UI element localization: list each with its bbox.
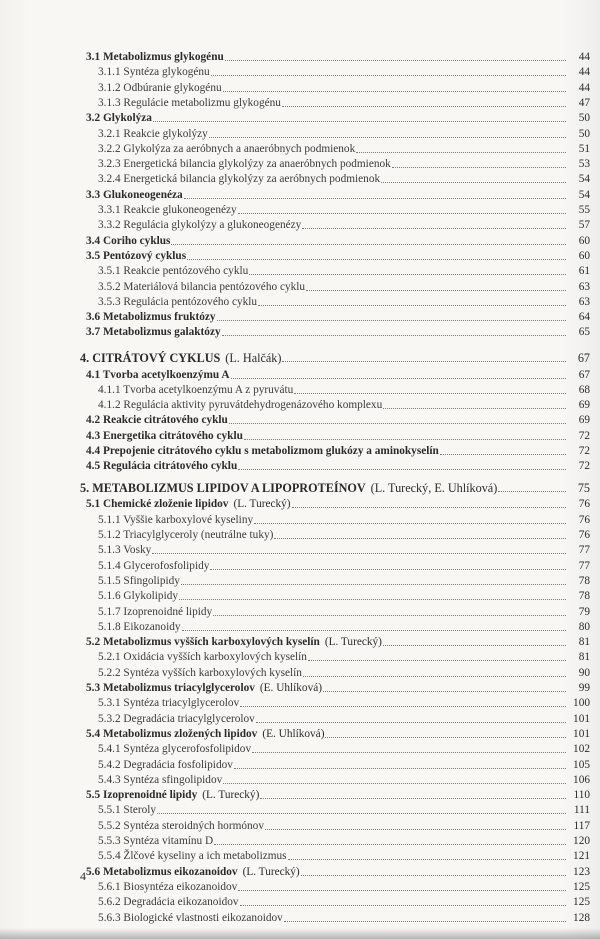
toc-entry-subsection: 3.5.1 Reakcie pentózového cyklu61: [98, 263, 590, 278]
toc-entry-title: 4. CITRÁTOVÝ CYKLUS: [80, 352, 220, 365]
toc-entry-subsection: 5.3.1 Syntéza triacylglycerolov100: [98, 695, 590, 710]
dot-leader: [252, 751, 566, 753]
toc-entry-page: 54: [568, 189, 590, 202]
toc-entry-page: 76: [568, 529, 590, 542]
toc-entry-subsection: 4.1.2 Regulácia aktivity pyruvátdehydrog…: [98, 397, 590, 412]
toc-entry-page: 75: [568, 482, 590, 495]
toc-entry-subsection: 5.2.1 Oxidácia vyšších karboxylových kys…: [98, 649, 590, 664]
toc-entry-title: 3.2.4 Energetická bilancia glykolýzy za …: [98, 173, 380, 186]
toc-entry-title: 3.2.2 Glykolýza za aeróbnych a anaeróbny…: [98, 143, 355, 156]
toc-entry-title: 3.5.1 Reakcie pentózového cyklu: [98, 265, 248, 278]
toc-entry-subsection: 5.1.1 Vyššie karboxylové kyseliny76: [98, 512, 590, 527]
dot-leader: [152, 552, 566, 554]
toc-entry-page: 78: [568, 590, 590, 603]
toc-entry-page: 100: [568, 697, 590, 710]
toc-entry-section: 3.6 Metabolizmus fruktózy64: [86, 309, 590, 324]
toc-entry-title: 5.1.3 Vosky: [98, 544, 151, 557]
toc-entry-page: 63: [568, 281, 590, 294]
toc-entry-title: 5.1.4 Glycerofosfolipidy: [98, 560, 209, 573]
toc-entry-title: 4.3 Energetika citrátového cyklu: [86, 430, 243, 443]
toc-entry-author: (E. Uhlíková): [262, 728, 324, 741]
toc-entry-page: 54: [568, 173, 590, 186]
dot-leader: [282, 360, 566, 362]
toc-entry-chapter: 4. CITRÁTOVÝ CYKLUS(L. Halčák)67: [80, 350, 590, 365]
toc-entry-subsection: 5.3.2 Degradácia triacylglycerolov101: [98, 711, 590, 726]
toc-entry-page: 106: [568, 774, 590, 787]
toc-entry-page: 99: [568, 682, 590, 695]
dot-leader: [229, 422, 566, 424]
page-edge-shadow: [0, 928, 600, 939]
toc-entry-title: 5.6 Metabolizmus eikozanoidov: [86, 866, 238, 879]
toc-entry-title: 5.6.2 Degradácia eikozanoidov: [98, 896, 239, 909]
toc-entry-page: 101: [568, 713, 590, 726]
toc-entry-title: 3.3 Glukoneogenéza: [86, 189, 183, 202]
dot-leader: [238, 212, 566, 214]
toc-entry-page: 53: [568, 158, 590, 171]
toc-entry-title: 3.2.3 Energetická bilancia glykolýzy za …: [98, 158, 391, 171]
toc-entry-subsection: 5.1.7 Izoprenoidné lipidy79: [98, 604, 590, 619]
dot-leader: [265, 828, 566, 830]
toc-entry-subsection: 5.5.1 Steroly111: [98, 802, 590, 817]
toc-entry-author: (E. Uhlíková): [260, 682, 322, 695]
toc-entry-subsection: 3.2.1 Reakcie glykolýzy50: [98, 126, 590, 141]
toc-entry-subsection: 5.2.2 Syntéza vyšších karboxylových kyse…: [98, 665, 590, 680]
toc-entry-page: 55: [568, 204, 590, 217]
dot-leader: [256, 721, 566, 723]
toc-entry-subsection: 3.2.3 Energetická bilancia glykolýzy za …: [98, 156, 590, 171]
toc-entry-page: 80: [568, 621, 590, 634]
toc-entry-subsection: 3.5.2 Materiálová bilancia pentózového c…: [98, 279, 590, 294]
toc-entry-subsection: 3.5.3 Regulácia pentózového cyklu63: [98, 294, 590, 309]
toc-entry-section: 3.3 Glukoneogenéza54: [86, 187, 590, 202]
toc-entry-section: 3.5 Pentózový cyklus60: [86, 248, 590, 263]
toc-entry-title: 5.1.7 Izoprenoidné lipidy: [98, 606, 212, 619]
toc-entry-subsection: 3.1.2 Odbúranie glykogénu44: [98, 80, 590, 95]
dot-leader: [238, 468, 566, 470]
toc-entry-subsection: 3.2.2 Glykolýza za aeróbnych a anaeróbny…: [98, 141, 590, 156]
toc-entry-page: 64: [568, 311, 590, 324]
toc-entry-page: 117: [568, 820, 590, 833]
book-page: 3.1 Metabolizmus glykogénu443.1.1 Syntéz…: [0, 0, 600, 939]
toc-entry-section: 3.7 Metabolizmus galaktózy65: [86, 324, 590, 339]
toc-entry-section: 5.6 Metabolizmus eikozanoidov(L. Turecký…: [86, 864, 590, 879]
toc-entry-title: 5.3.2 Degradácia triacylglycerolov: [98, 713, 255, 726]
toc-entry-title: 4.4 Prepojenie citrátového cyklu s metab…: [86, 445, 439, 458]
toc-entry-title: 5.2 Metabolizmus vyšších karboxylových k…: [86, 636, 320, 649]
dot-leader: [157, 812, 566, 814]
toc-entry-page: 72: [568, 430, 590, 443]
dot-leader: [258, 304, 566, 306]
dot-leader: [209, 136, 566, 138]
toc-entry-subsection: 5.1.4 Glycerofosfolipidy77: [98, 558, 590, 573]
dot-leader: [260, 797, 566, 799]
toc-entry-page: 50: [568, 128, 590, 141]
toc-entry-author: (L. Turecký): [325, 636, 382, 649]
toc-entry-subsection: 5.1.5 Sfingolipidy78: [98, 573, 590, 588]
toc-entry-page: 44: [568, 82, 590, 95]
toc-entry-author: (L. Turecký): [202, 789, 259, 802]
dot-leader: [392, 166, 566, 168]
toc-entry-subsection: 5.1.3 Vosky77: [98, 542, 590, 557]
toc-entry-section: 3.4 Coriho cyklus60: [86, 233, 590, 248]
toc-entry-title: 5.1.2 Triacylglyceroly (neutrálne tuky): [98, 529, 273, 542]
toc-entry-page: 90: [568, 667, 590, 680]
toc-entry-subsection: 5.4.2 Degradácia fosfolipidov105: [98, 757, 590, 772]
toc-entry-page: 77: [568, 560, 590, 573]
toc-entry-page: 105: [568, 759, 590, 772]
toc-entry-title: 5.5.4 Žlčové kyseliny a ich metabolizmus: [98, 850, 287, 863]
toc-entry-subsection: 3.3.1 Reakcie glukoneogenézy55: [98, 202, 590, 217]
toc-entry-title: 3.1.1 Syntéza glykogénu: [98, 66, 210, 79]
toc-entry-section: 3.1 Metabolizmus glykogénu44: [86, 49, 590, 64]
dot-leader: [292, 506, 566, 508]
toc-entry-title: 3.2.1 Reakcie glykolýzy: [98, 128, 208, 141]
toc-entry-subsection: 5.1.8 Eikozanoidy80: [98, 619, 590, 634]
toc-entry-title: 3.5.2 Materiálová bilancia pentózového c…: [98, 281, 305, 294]
toc-entry-section: 3.2 Glykolýza50: [86, 110, 590, 125]
dot-leader: [182, 629, 566, 631]
toc-entry-section: 4.4 Prepojenie citrátového cyklu s metab…: [86, 443, 590, 458]
dot-leader: [383, 407, 566, 409]
toc-entry-subsection: 5.4.1 Syntéza glycerofosfolipidov102: [98, 741, 590, 756]
toc-entry-title: 5.6.3 Biologické vlastnosti eikozanoidov: [98, 912, 283, 925]
dot-leader: [306, 289, 566, 291]
dot-leader: [223, 782, 566, 784]
dot-leader: [234, 767, 566, 769]
toc-entry-title: 5.1.6 Glykolipidy: [98, 590, 178, 603]
toc-entry-title: 3.6 Metabolizmus fruktózy: [86, 311, 216, 324]
dot-leader: [303, 675, 566, 677]
toc-entry-title: 5.6.1 Biosyntéza eikozanoidov: [98, 881, 237, 894]
toc-entry-page: 125: [568, 896, 590, 909]
dot-leader: [217, 319, 566, 321]
dot-leader: [288, 858, 566, 860]
toc-entry-title: 3.1 Metabolizmus glykogénu: [86, 51, 224, 64]
dot-leader: [211, 74, 566, 76]
toc-entry-title: 5.4.1 Syntéza glycerofosfolipidov: [98, 743, 251, 756]
toc-entry-title: 5.5.2 Syntéza steroidných hormónov: [98, 820, 264, 833]
toc-entry-page: 50: [568, 112, 590, 125]
toc-entry-title: 3.3.1 Reakcie glukoneogenézy: [98, 204, 237, 217]
toc-entry-subsection: 5.5.3 Syntéza vitamínu D120: [98, 833, 590, 848]
toc-entry-title: 5.1 Chemické zloženie lipidov: [86, 498, 228, 511]
toc-entry-title: 5.3 Metabolizmus triacylglycerolov: [86, 682, 255, 695]
dot-leader: [213, 614, 566, 616]
dot-leader: [187, 258, 566, 260]
dot-leader: [153, 120, 566, 122]
toc-entry-page: 111: [568, 804, 590, 817]
toc-entry-page: 72: [568, 460, 590, 473]
toc-entry-title: 5.4 Metabolizmus zložených lipidov: [86, 728, 257, 741]
dot-leader: [210, 568, 566, 570]
toc-entry-section: 4.2 Reakcie citrátového cyklu69: [86, 412, 590, 427]
dot-leader: [240, 904, 566, 906]
toc-entry-title: 5.5 Izoprenoidné lipidy: [86, 789, 197, 802]
dot-leader: [238, 889, 566, 891]
toc-entry-page: 78: [568, 575, 590, 588]
toc-entry-page: 60: [568, 250, 590, 263]
dot-leader: [383, 644, 566, 646]
toc-entry-author: (L. Turecký, E. Uhlíková): [371, 482, 498, 495]
toc-entry-section: 4.1 Tvorba acetylkoenzýmu A67: [86, 367, 590, 382]
toc-entry-section: 5.2 Metabolizmus vyšších karboxylových k…: [86, 634, 590, 649]
toc-entry-page: 44: [568, 51, 590, 64]
toc-entry-page: 121: [568, 850, 590, 863]
toc-entry-page: 51: [568, 143, 590, 156]
toc-entry-title: 3.5 Pentózový cyklus: [86, 250, 186, 263]
toc-entry-title: 5.5.3 Syntéza vitamínu D: [98, 835, 213, 848]
dot-leader: [222, 334, 566, 336]
toc-entry-page: 69: [568, 399, 590, 412]
toc-entry-page: 47: [568, 97, 590, 110]
toc-entry-title: 5.1.1 Vyššie karboxylové kyseliny: [98, 514, 253, 527]
toc-entry-title: 3.4 Coriho cyklus: [86, 235, 170, 248]
toc-entry-author: (L. Halčák): [225, 352, 281, 365]
toc-entry-title: 4.1 Tvorba acetylkoenzýmu A: [86, 369, 230, 382]
dot-leader: [171, 243, 566, 245]
toc-entry-title: 5.2.2 Syntéza vyšších karboxylových kyse…: [98, 667, 302, 680]
toc-entry-page: 68: [568, 384, 590, 397]
dot-leader: [231, 377, 566, 379]
toc-entry-page: 61: [568, 265, 590, 278]
toc-entry-page: 76: [568, 498, 590, 511]
toc-entry-page: 44: [568, 66, 590, 79]
toc-entry-page: 110: [568, 789, 590, 802]
toc-entry-subsection: 5.6.2 Degradácia eikozanoidov125: [98, 894, 590, 909]
dot-leader: [184, 197, 566, 199]
toc-entry-page: 67: [568, 369, 590, 382]
dot-leader: [284, 920, 566, 922]
dot-leader: [282, 105, 566, 107]
toc-entry-page: 101: [568, 728, 590, 741]
toc-entry-subsection: 3.1.1 Syntéza glykogénu44: [98, 64, 590, 79]
toc-entry-page: 72: [568, 445, 590, 458]
toc-entry-section: 4.3 Energetika citrátového cyklu72: [86, 428, 590, 443]
toc-entry-title: 5.5.1 Steroly: [98, 804, 156, 817]
toc-entry-subsection: 3.2.4 Energetická bilancia glykolýzy za …: [98, 171, 590, 186]
toc-entry-author: (L. Turecký): [233, 498, 290, 511]
page-number: 4: [80, 869, 86, 884]
toc-entry-page: 67: [568, 352, 590, 365]
dot-leader: [179, 598, 566, 600]
toc-entry-title: 3.5.3 Regulácia pentózového cyklu: [98, 296, 257, 309]
toc-entry-subsection: 4.1.1 Tvorba acetylkoenzýmu A z pyruvátu…: [98, 382, 590, 397]
toc-entry-page: 63: [568, 296, 590, 309]
dot-leader: [302, 227, 566, 229]
dot-leader: [225, 59, 566, 61]
toc-entry-subsection: 5.1.2 Triacylglyceroly (neutrálne tuky)7…: [98, 527, 590, 542]
toc-entry-page: 76: [568, 514, 590, 527]
toc-entry-page: 128: [568, 912, 590, 925]
toc-entry-page: 125: [568, 881, 590, 894]
dot-leader: [440, 453, 566, 455]
toc-entry-subsection: 5.4.3 Syntéza sfingolipidov106: [98, 772, 590, 787]
toc-entry-subsection: 5.5.2 Syntéza steroidných hormónov117: [98, 818, 590, 833]
toc-entry-title: 5.2.1 Oxidácia vyšších karboxylových kys…: [98, 651, 307, 664]
toc-entry-subsection: 5.5.4 Žlčové kyseliny a ich metabolizmus…: [98, 848, 590, 863]
dot-leader: [381, 181, 566, 183]
dot-leader: [294, 392, 566, 394]
dot-leader: [323, 690, 566, 692]
dot-leader: [498, 490, 566, 492]
dot-leader: [274, 537, 566, 539]
toc-entry-title: 4.1.2 Regulácia aktivity pyruvátdehydrog…: [98, 399, 382, 412]
toc-entry-title: 4.1.1 Tvorba acetylkoenzýmu A z pyruvátu: [98, 384, 293, 397]
dot-leader: [249, 273, 566, 275]
toc-entry-title: 4.2 Reakcie citrátového cyklu: [86, 414, 228, 427]
toc-entry-title: 3.7 Metabolizmus galaktózy: [86, 326, 221, 339]
dot-leader: [254, 522, 566, 524]
toc-entry-title: 3.1.2 Odbúranie glykogénu: [98, 82, 222, 95]
dot-leader: [308, 659, 566, 661]
toc-entry-page: 79: [568, 606, 590, 619]
dot-leader: [244, 438, 566, 440]
toc-entry-page: 102: [568, 743, 590, 756]
dot-leader: [223, 90, 566, 92]
toc-entry-title: 3.3.2 Regulácia glykolýzy a glukoneogené…: [98, 219, 301, 232]
toc-entry-page: 123: [568, 866, 590, 879]
toc-entry-author: (L. Turecký): [243, 866, 300, 879]
toc-entry-title: 3.1.3 Regulácie metabolizmu glykogénu: [98, 97, 281, 110]
toc-entry-page: 81: [568, 636, 590, 649]
toc-entry-subsection: 3.1.3 Regulácie metabolizmu glykogénu47: [98, 95, 590, 110]
dot-leader: [356, 151, 566, 153]
toc-entry-section: 5.3 Metabolizmus triacylglycerolov(E. Uh…: [86, 680, 590, 695]
toc-entry-title: 5.4.3 Syntéza sfingolipidov: [98, 774, 222, 787]
toc-entry-title: 3.2 Glykolýza: [86, 112, 152, 125]
toc-entry-subsection: 5.6.1 Biosyntéza eikozanoidov125: [98, 879, 590, 894]
toc-entry-page: 77: [568, 544, 590, 557]
dot-leader: [325, 736, 566, 738]
toc-entry-subsection: 5.6.3 Biologické vlastnosti eikozanoidov…: [98, 910, 590, 925]
toc-entry-section: 5.4 Metabolizmus zložených lipidov(E. Uh…: [86, 726, 590, 741]
toc-entry-page: 65: [568, 326, 590, 339]
toc-entry-title: 5.1.8 Eikozanoidy: [98, 621, 181, 634]
toc-entry-title: 5.3.1 Syntéza triacylglycerolov: [98, 697, 239, 710]
toc-entry-page: 120: [568, 835, 590, 848]
dot-leader: [301, 874, 566, 876]
toc-entry-section: 5.1 Chemické zloženie lipidov(L. Turecký…: [86, 496, 590, 511]
toc-entry-section: 5.5 Izoprenoidné lipidy(L. Turecký)110: [86, 787, 590, 802]
dot-leader: [240, 705, 566, 707]
toc-entry-section: 4.5 Regulácia citrátového cyklu72: [86, 458, 590, 473]
toc-entry-page: 69: [568, 414, 590, 427]
toc-entry-page: 81: [568, 651, 590, 664]
toc-entry-page: 57: [568, 219, 590, 232]
dot-leader: [181, 583, 566, 585]
toc-entry-subsection: 3.3.2 Regulácia glykolýzy a glukoneogené…: [98, 217, 590, 232]
dot-leader: [214, 843, 566, 845]
toc-entry-page: 60: [568, 235, 590, 248]
toc-entry-title: 4.5 Regulácia citrátového cyklu: [86, 460, 237, 473]
toc-entry-chapter: 5. METABOLIZMUS LIPIDOV A LIPOPROTEÍNOV(…: [80, 480, 590, 495]
toc-entry-title: 5.4.2 Degradácia fosfolipidov: [98, 759, 233, 772]
toc-entry-subsection: 5.1.6 Glykolipidy78: [98, 588, 590, 603]
toc-entry-title: 5. METABOLIZMUS LIPIDOV A LIPOPROTEÍNOV: [80, 482, 366, 495]
toc-entry-title: 5.1.5 Sfingolipidy: [98, 575, 180, 588]
